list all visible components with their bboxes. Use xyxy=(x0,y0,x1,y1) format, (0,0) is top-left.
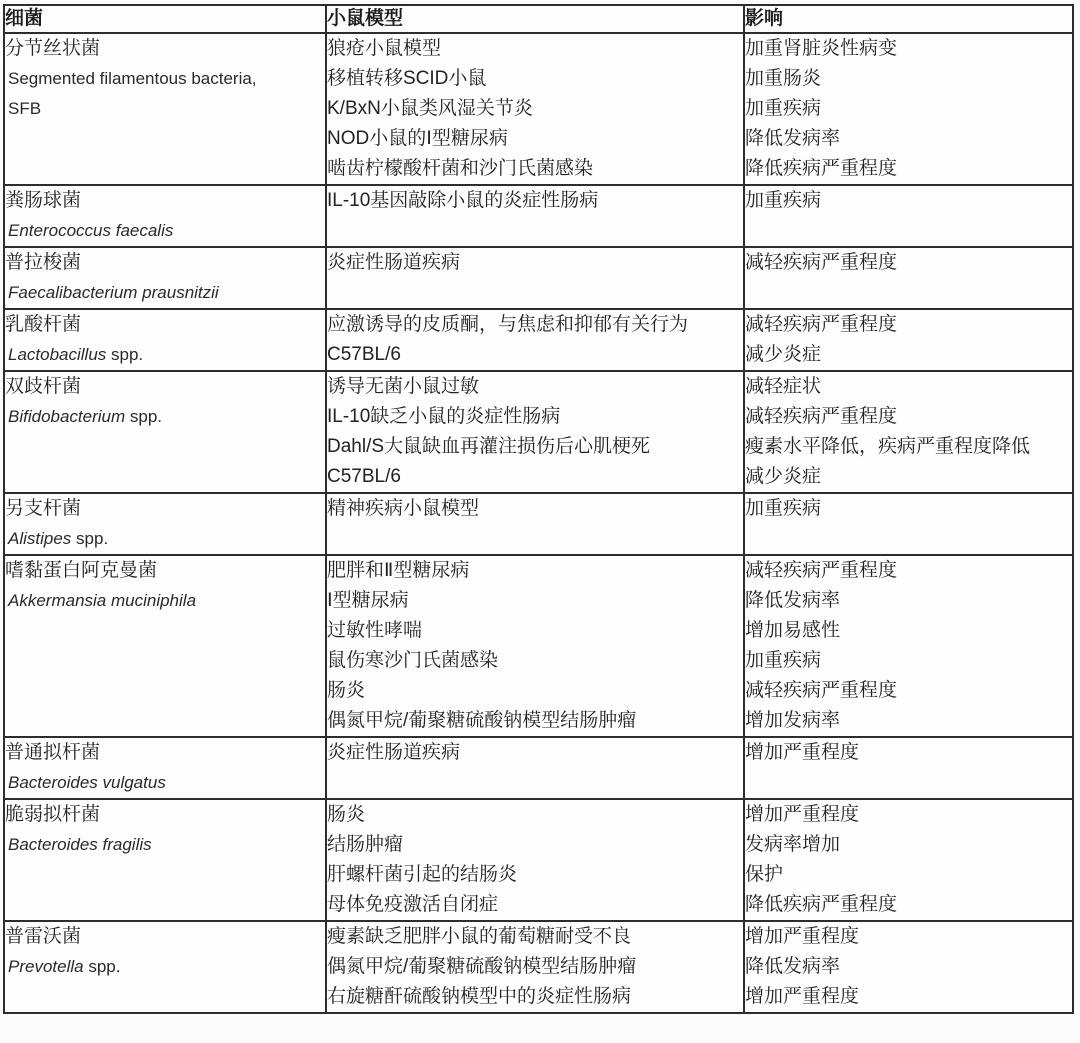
mouse-model-line: 结肠肿瘤 xyxy=(327,830,743,860)
mouse-model-cell: 诱导无菌小鼠过敏IL-10缺乏小鼠的炎症性肠病Dahl/S大鼠缺血再灌注损伤后心… xyxy=(326,371,744,493)
effect-line: 瘦素水平降低，疾病严重程度降低 xyxy=(745,432,1072,462)
latin-italic-segment: Bacteroides vulgatus xyxy=(8,773,166,792)
mouse-model-line: 精神疾病小鼠模型 xyxy=(327,494,743,524)
bacteria-cell: 普雷沃菌Prevotella spp. xyxy=(4,921,326,1013)
bacteria-name-cn: 乳酸杆菌 xyxy=(5,310,325,340)
table-row: 另支杆菌Alistipes spp.精神疾病小鼠模型加重疾病 xyxy=(4,493,1073,555)
bacteria-effects-table: 细菌 小鼠模型 影响 分节丝状菌Segmented filamentous ba… xyxy=(3,4,1074,1014)
mouse-model-line: 狼疮小鼠模型 xyxy=(327,34,743,64)
mouse-model-line: Dahl/S大鼠缺血再灌注损伤后心肌梗死 xyxy=(327,432,743,462)
col-header-bacteria: 细菌 xyxy=(4,5,326,33)
effect-line: 增加严重程度 xyxy=(745,982,1072,1012)
mouse-model-line: 移植转移SCID小鼠 xyxy=(327,64,743,94)
mouse-model-cell: 炎症性肠道疾病 xyxy=(326,737,744,799)
latin-italic-segment: Alistipes xyxy=(8,529,71,548)
bacteria-cell: 乳酸杆菌Lactobacillus spp. xyxy=(4,309,326,371)
effect-line: 降低疾病严重程度 xyxy=(745,154,1072,184)
latin-italic-segment: Lactobacillus xyxy=(8,345,106,364)
effect-line: 发病率增加 xyxy=(745,830,1072,860)
latin-italic-segment: Prevotella xyxy=(8,957,84,976)
bacteria-name-latin: Enterococcus faecalis xyxy=(5,216,325,246)
mouse-model-cell: 狼疮小鼠模型移植转移SCID小鼠K/BxN小鼠类风湿关节炎NOD小鼠的Ⅰ型糖尿病… xyxy=(326,33,744,185)
mouse-model-line: 啮齿柠檬酸杆菌和沙门氏菌感染 xyxy=(327,154,743,184)
effect-cell: 增加严重程度发病率增加保护降低疾病严重程度 xyxy=(744,799,1073,921)
mouse-model-line: 过敏性哮喘 xyxy=(327,616,743,646)
mouse-model-line: 肠炎 xyxy=(327,800,743,830)
mouse-model-line: C57BL/6 xyxy=(327,462,743,492)
bacteria-name-latin: Bifidobacterium spp. xyxy=(5,402,325,432)
mouse-model-line: IL-10缺乏小鼠的炎症性肠病 xyxy=(327,402,743,432)
effect-cell: 减轻疾病严重程度降低发病率增加易感性加重疾病减轻疾病严重程度增加发病率 xyxy=(744,555,1073,737)
latin-roman-segment: spp. xyxy=(106,345,143,364)
col-header-effect: 影响 xyxy=(744,5,1073,33)
table-row: 粪肠球菌Enterococcus faecalisIL-10基因敲除小鼠的炎症性… xyxy=(4,185,1073,247)
mouse-model-line: 诱导无菌小鼠过敏 xyxy=(327,372,743,402)
bacteria-name-latin: Lactobacillus spp. xyxy=(5,340,325,370)
bacteria-name-cn: 双歧杆菌 xyxy=(5,372,325,402)
effect-cell: 减轻疾病严重程度减少炎症 xyxy=(744,309,1073,371)
bacteria-name-latin: Segmented filamentous bacteria, xyxy=(5,64,325,94)
mouse-model-line: 母体免疫激活自闭症 xyxy=(327,890,743,920)
effect-line: 增加发病率 xyxy=(745,706,1072,736)
latin-italic-segment: Enterococcus faecalis xyxy=(8,221,173,240)
col-header-mouse-model: 小鼠模型 xyxy=(326,5,744,33)
mouse-model-line: 右旋糖酐硫酸钠模型中的炎症性肠病 xyxy=(327,982,743,1012)
effect-line: 增加易感性 xyxy=(745,616,1072,646)
latin-italic-segment: Bifidobacterium xyxy=(8,407,125,426)
effect-line: 保护 xyxy=(745,860,1072,890)
bacteria-cell: 粪肠球菌Enterococcus faecalis xyxy=(4,185,326,247)
bacteria-name-cn: 普雷沃菌 xyxy=(5,922,325,952)
table-row: 普通拟杆菌Bacteroides vulgatus炎症性肠道疾病增加严重程度 xyxy=(4,737,1073,799)
bacteria-cell: 普通拟杆菌Bacteroides vulgatus xyxy=(4,737,326,799)
effect-cell: 减轻症状减轻疾病严重程度瘦素水平降低，疾病严重程度降低减少炎症 xyxy=(744,371,1073,493)
effect-line: 加重肠炎 xyxy=(745,64,1072,94)
mouse-model-cell: 瘦素缺乏肥胖小鼠的葡萄糖耐受不良偶氮甲烷/葡聚糖硫酸钠模型结肠肿瘤右旋糖酐硫酸钠… xyxy=(326,921,744,1013)
mouse-model-line: K/BxN小鼠类风湿关节炎 xyxy=(327,94,743,124)
effect-line: 降低疾病严重程度 xyxy=(745,890,1072,920)
effect-line: 增加严重程度 xyxy=(745,738,1072,768)
bacteria-name-latin: SFB xyxy=(5,94,325,124)
bacteria-name-cn: 粪肠球菌 xyxy=(5,186,325,216)
effect-cell: 减轻疾病严重程度 xyxy=(744,247,1073,309)
mouse-model-line: Ⅰ型糖尿病 xyxy=(327,586,743,616)
effect-cell: 增加严重程度降低发病率增加严重程度 xyxy=(744,921,1073,1013)
mouse-model-line: 肠炎 xyxy=(327,676,743,706)
effect-cell: 加重疾病 xyxy=(744,185,1073,247)
bacteria-cell: 脆弱拟杆菌Bacteroides fragilis xyxy=(4,799,326,921)
bacteria-name-cn: 嗜黏蛋白阿克曼菌 xyxy=(5,556,325,586)
effect-line: 减轻症状 xyxy=(745,372,1072,402)
effect-line: 减轻疾病严重程度 xyxy=(745,248,1072,278)
effect-line: 降低发病率 xyxy=(745,952,1072,982)
bacteria-name-cn: 分节丝状菌 xyxy=(5,34,325,64)
bacteria-name-latin: Bacteroides vulgatus xyxy=(5,768,325,798)
effect-line: 减轻疾病严重程度 xyxy=(745,310,1072,340)
latin-roman-segment: spp. xyxy=(125,407,162,426)
table-row: 脆弱拟杆菌Bacteroides fragilis肠炎结肠肿瘤肝螺杆菌引起的结肠… xyxy=(4,799,1073,921)
bacteria-name-cn: 脆弱拟杆菌 xyxy=(5,800,325,830)
mouse-model-cell: 应激诱导的皮质酮，与焦虑和抑郁有关行为C57BL/6 xyxy=(326,309,744,371)
bacteria-name-latin: Prevotella spp. xyxy=(5,952,325,982)
bacteria-name-latin: Alistipes spp. xyxy=(5,524,325,554)
effect-line: 减少炎症 xyxy=(745,340,1072,370)
effect-line: 加重疾病 xyxy=(745,646,1072,676)
latin-roman-segment: SFB xyxy=(8,99,41,118)
effect-cell: 加重肾脏炎性病变加重肠炎加重疾病降低发病率降低疾病严重程度 xyxy=(744,33,1073,185)
mouse-model-line: 偶氮甲烷/葡聚糖硫酸钠模型结肠肿瘤 xyxy=(327,706,743,736)
bacteria-cell: 双歧杆菌Bifidobacterium spp. xyxy=(4,371,326,493)
mouse-model-cell: IL-10基因敲除小鼠的炎症性肠病 xyxy=(326,185,744,247)
mouse-model-cell: 炎症性肠道疾病 xyxy=(326,247,744,309)
mouse-model-line: 瘦素缺乏肥胖小鼠的葡萄糖耐受不良 xyxy=(327,922,743,952)
mouse-model-line: C57BL/6 xyxy=(327,340,743,370)
latin-italic-segment: Akkermansia muciniphila xyxy=(8,591,196,610)
bacteria-name-latin: Akkermansia muciniphila xyxy=(5,586,325,616)
effect-line: 减轻疾病严重程度 xyxy=(745,402,1072,432)
bacteria-cell: 普拉梭菌Faecalibacterium prausnitzii xyxy=(4,247,326,309)
mouse-model-line: 应激诱导的皮质酮，与焦虑和抑郁有关行为 xyxy=(327,310,743,340)
table-row: 普拉梭菌Faecalibacterium prausnitzii炎症性肠道疾病减… xyxy=(4,247,1073,309)
effect-line: 增加严重程度 xyxy=(745,922,1072,952)
table-row: 乳酸杆菌Lactobacillus spp.应激诱导的皮质酮，与焦虑和抑郁有关行… xyxy=(4,309,1073,371)
latin-roman-segment: spp. xyxy=(71,529,108,548)
table-row: 双歧杆菌Bifidobacterium spp.诱导无菌小鼠过敏IL-10缺乏小… xyxy=(4,371,1073,493)
effect-cell: 增加严重程度 xyxy=(744,737,1073,799)
bacteria-name-cn: 另支杆菌 xyxy=(5,494,325,524)
mouse-model-line: 鼠伤寒沙门氏菌感染 xyxy=(327,646,743,676)
latin-italic-segment: Faecalibacterium prausnitzii xyxy=(8,283,219,302)
effect-line: 加重疾病 xyxy=(745,494,1072,524)
bacteria-cell: 另支杆菌Alistipes spp. xyxy=(4,493,326,555)
bacteria-cell: 嗜黏蛋白阿克曼菌Akkermansia muciniphila xyxy=(4,555,326,737)
latin-roman-segment: Segmented filamentous bacteria, xyxy=(8,69,257,88)
effect-line: 减轻疾病严重程度 xyxy=(745,676,1072,706)
effect-line: 减轻疾病严重程度 xyxy=(745,556,1072,586)
mouse-model-line: IL-10基因敲除小鼠的炎症性肠病 xyxy=(327,186,743,216)
latin-italic-segment: Bacteroides fragilis xyxy=(8,835,152,854)
effect-line: 降低发病率 xyxy=(745,124,1072,154)
mouse-model-line: NOD小鼠的Ⅰ型糖尿病 xyxy=(327,124,743,154)
mouse-model-cell: 肠炎结肠肿瘤肝螺杆菌引起的结肠炎母体免疫激活自闭症 xyxy=(326,799,744,921)
mouse-model-cell: 肥胖和Ⅱ型糖尿病Ⅰ型糖尿病过敏性哮喘鼠伤寒沙门氏菌感染肠炎偶氮甲烷/葡聚糖硫酸钠… xyxy=(326,555,744,737)
mouse-model-cell: 精神疾病小鼠模型 xyxy=(326,493,744,555)
mouse-model-line: 炎症性肠道疾病 xyxy=(327,738,743,768)
table-row: 普雷沃菌Prevotella spp.瘦素缺乏肥胖小鼠的葡萄糖耐受不良偶氮甲烷/… xyxy=(4,921,1073,1013)
bacteria-name-latin: Faecalibacterium prausnitzii xyxy=(5,278,325,308)
document-page: 细菌 小鼠模型 影响 分节丝状菌Segmented filamentous ba… xyxy=(0,0,1080,1043)
mouse-model-line: 肥胖和Ⅱ型糖尿病 xyxy=(327,556,743,586)
mouse-model-line: 偶氮甲烷/葡聚糖硫酸钠模型结肠肿瘤 xyxy=(327,952,743,982)
bacteria-name-cn: 普拉梭菌 xyxy=(5,248,325,278)
bacteria-name-latin: Bacteroides fragilis xyxy=(5,830,325,860)
effect-line: 增加严重程度 xyxy=(745,800,1072,830)
effect-line: 加重疾病 xyxy=(745,186,1072,216)
bacteria-cell: 分节丝状菌Segmented filamentous bacteria,SFB xyxy=(4,33,326,185)
bacteria-name-cn: 普通拟杆菌 xyxy=(5,738,325,768)
effect-line: 加重疾病 xyxy=(745,94,1072,124)
effect-line: 减少炎症 xyxy=(745,462,1072,492)
header-row: 细菌 小鼠模型 影响 xyxy=(4,5,1073,33)
latin-roman-segment: spp. xyxy=(84,957,121,976)
effect-line: 降低发病率 xyxy=(745,586,1072,616)
effect-line: 加重肾脏炎性病变 xyxy=(745,34,1072,64)
table-row: 嗜黏蛋白阿克曼菌Akkermansia muciniphila肥胖和Ⅱ型糖尿病Ⅰ… xyxy=(4,555,1073,737)
effect-cell: 加重疾病 xyxy=(744,493,1073,555)
table-row: 分节丝状菌Segmented filamentous bacteria,SFB狼… xyxy=(4,33,1073,185)
table-body: 分节丝状菌Segmented filamentous bacteria,SFB狼… xyxy=(4,33,1073,1013)
mouse-model-line: 肝螺杆菌引起的结肠炎 xyxy=(327,860,743,890)
mouse-model-line: 炎症性肠道疾病 xyxy=(327,248,743,278)
